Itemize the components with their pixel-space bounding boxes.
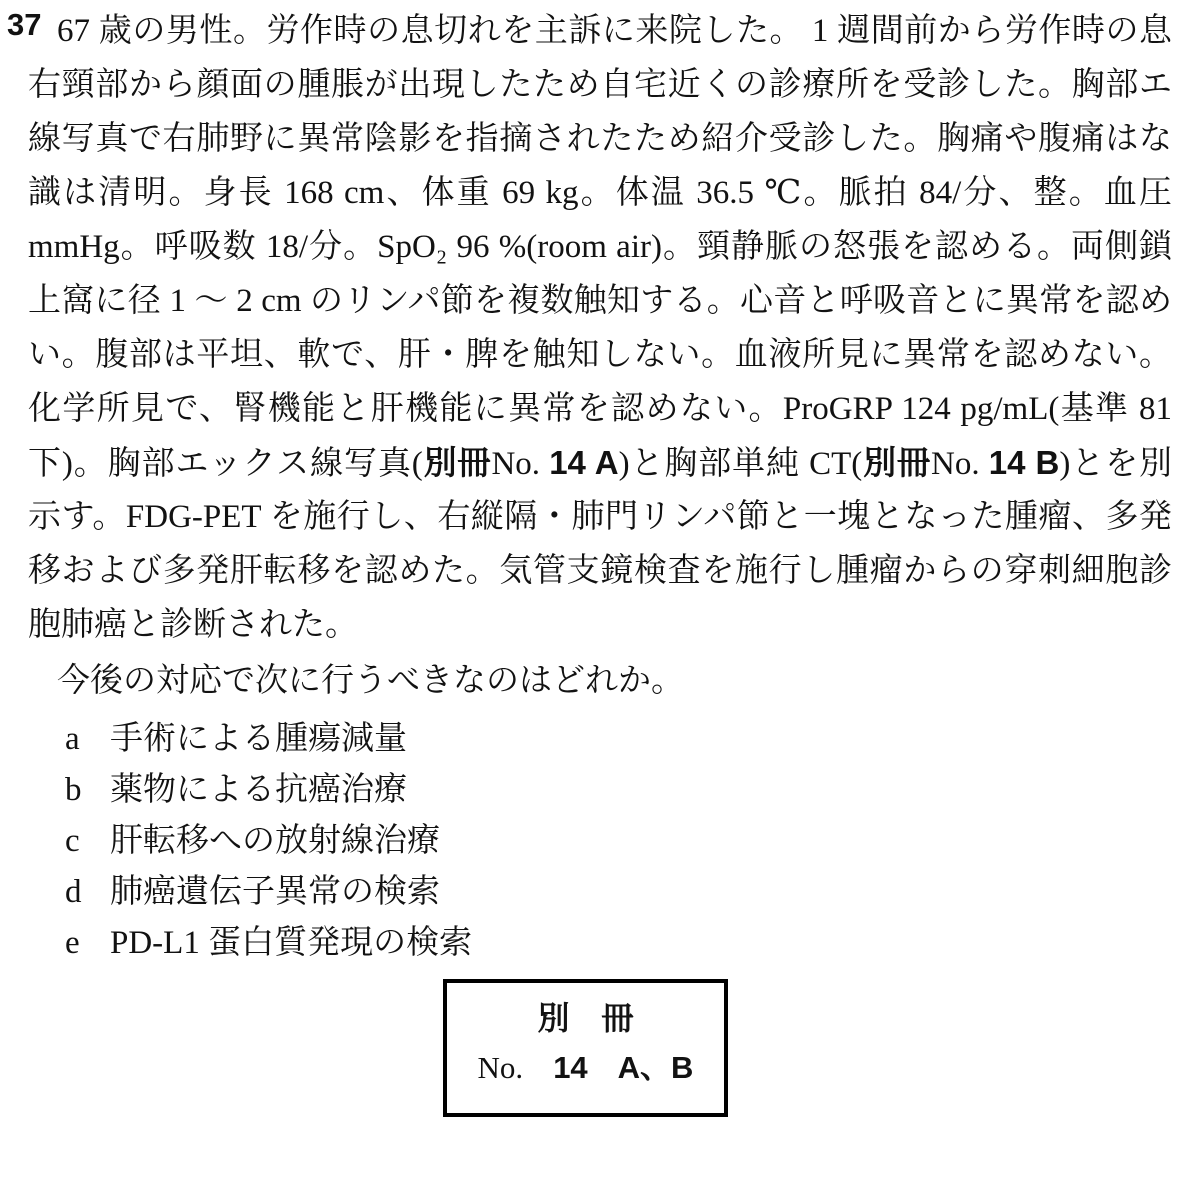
bessatsu-number-value: 14: [553, 1049, 587, 1086]
body-text-segment: い。腹部は平坦、軟で、肝・脾を触知しない。血液所見に異常を認めない。血液生: [28, 337, 1172, 382]
body-line: 上窩に径 1 〜 2 cm のリンパ節を複数触知する。心音と呼吸音とに異常を認め…: [28, 274, 1172, 328]
body-text-segment: 胞肺癌と診断された。: [28, 607, 358, 643]
body-line: 右頸部から顔面の腫脹が出現したため自宅近くの診療所を受診した。胸部エックス: [28, 58, 1172, 112]
answer-options: a手術による腫瘍減量 b薬物による抗癌治療 c肝転移への放射線治療 d肺癌遺伝子…: [28, 714, 1172, 969]
body-text-segment: 別冊: [862, 444, 931, 481]
body-text-segment: 上窩に径 1 〜 2 cm のリンパ節を複数触知する。心音と呼吸音とに異常を認め…: [28, 283, 1172, 328]
option-letter: c: [65, 816, 110, 867]
body-text-segment: 線写真で右肺野に異常陰影を指摘されたため紹介受診した。胸痛や腹痛はない。意: [28, 121, 1172, 166]
answer-option-a: a手術による腫瘍減量: [65, 714, 1172, 765]
option-text: 肺癌遺伝子異常の検索: [110, 874, 440, 910]
body-line: 示す。FDG-PET を施行し、右縦隔・肺門リンパ節と一塊となった腫瘤、多発肺転: [28, 490, 1172, 544]
answer-option-e: ePD-L1 蛋白質発現の検索: [65, 918, 1172, 969]
body-text-segment: 化学所見で、腎機能と肝機能に異常を認めない。ProGRP 124 pg/mL(基…: [28, 391, 1172, 436]
option-letter: a: [65, 714, 110, 765]
body-text-segment: 下)。胸部エックス線写真(: [28, 446, 423, 482]
body-line: 化学所見で、腎機能と肝機能に異常を認めない。ProGRP 124 pg/mL(基…: [28, 382, 1172, 436]
body-text-segment: 14 B: [989, 444, 1060, 481]
body-line: 線写真で右肺野に異常陰影を指摘されたため紹介受診した。胸痛や腹痛はない。意: [28, 112, 1172, 166]
body-text-segment: No.: [931, 446, 989, 482]
option-text: 薬物による抗癌治療: [110, 772, 407, 808]
body-text-segment: 右頸部から顔面の腫脹が出現したため自宅近くの診療所を受診した。胸部エックス: [28, 67, 1172, 112]
body-line: 下)。胸部エックス線写真(別冊No. 14 A)と胸部単純 CT(別冊No. 1…: [28, 436, 1172, 490]
body-text-segment: 示す。FDG-PET を施行し、右縦隔・肺門リンパ節と一塊となった腫瘤、多発肺転: [28, 499, 1172, 544]
body-text-segment: 14 A: [549, 444, 618, 481]
option-text: PD-L1 蛋白質発現の検索: [110, 925, 472, 961]
question-prompt: 今後の対応で次に行うべきなのはどれか。: [28, 654, 1172, 708]
answer-option-d: d肺癌遺伝子異常の検索: [65, 867, 1172, 918]
body-line: 移および多発肝転移を認めた。気管支鏡検査を施行し腫瘤からの穿刺細胞診で小細: [28, 544, 1172, 598]
option-text: 手術による腫瘍減量: [110, 721, 407, 757]
answer-option-b: b薬物による抗癌治療: [65, 765, 1172, 816]
body-text-segment: 移および多発肝転移を認めた。気管支鏡検査を施行し腫瘤からの穿刺細胞診で小細: [28, 553, 1172, 598]
question-body: 67 歳の男性。労作時の息切れを主訴に来院した。 1 週間前から労作時の息切れ、…: [28, 4, 1172, 652]
bessatsu-no-label: No.: [478, 1049, 524, 1086]
body-text-segment: )と胸部単純 CT(: [619, 446, 863, 482]
option-letter: d: [65, 867, 110, 918]
body-text-segment: 67 歳の男性。労作時の息切れを主訴に来院した。 1 週間前から労作時の息切れ、: [28, 13, 1172, 58]
body-text-segment: mmHg。呼吸数 18/分。SpO₂ 96 %(room air)。頸静脈の怒張…: [28, 229, 1172, 274]
bessatsu-number-line: No. 14 A、B: [447, 1049, 724, 1086]
body-line: い。腹部は平坦、軟で、肝・脾を触知しない。血液所見に異常を認めない。血液生: [28, 328, 1172, 382]
body-text-segment: 別冊: [423, 444, 492, 481]
bessatsu-box: 別 冊 No. 14 A、B: [443, 979, 728, 1117]
option-letter: e: [65, 918, 110, 969]
body-line: 胞肺癌と診断された。: [28, 598, 1172, 652]
body-text-segment: 識は清明。身長 168 cm、体重 69 kg。体温 36.5 ℃。脈拍 84/…: [28, 175, 1172, 220]
bessatsu-plates: A、B: [618, 1049, 694, 1086]
question-number: 37: [7, 9, 41, 40]
body-text-segment: No.: [491, 446, 549, 482]
body-line: mmHg。呼吸数 18/分。SpO₂ 96 %(room air)。頸静脈の怒張…: [28, 220, 1172, 274]
bessatsu-title: 別 冊: [447, 999, 724, 1037]
answer-option-c: c肝転移への放射線治療: [65, 816, 1172, 867]
option-text: 肝転移への放射線治療: [110, 823, 440, 859]
body-line: 67 歳の男性。労作時の息切れを主訴に来院した。 1 週間前から労作時の息切れ、: [28, 4, 1172, 58]
exam-page: 37 67 歳の男性。労作時の息切れを主訴に来院した。 1 週間前から労作時の息…: [0, 0, 1199, 1199]
body-line: 識は清明。身長 168 cm、体重 69 kg。体温 36.5 ℃。脈拍 84/…: [28, 166, 1172, 220]
option-letter: b: [65, 765, 110, 816]
